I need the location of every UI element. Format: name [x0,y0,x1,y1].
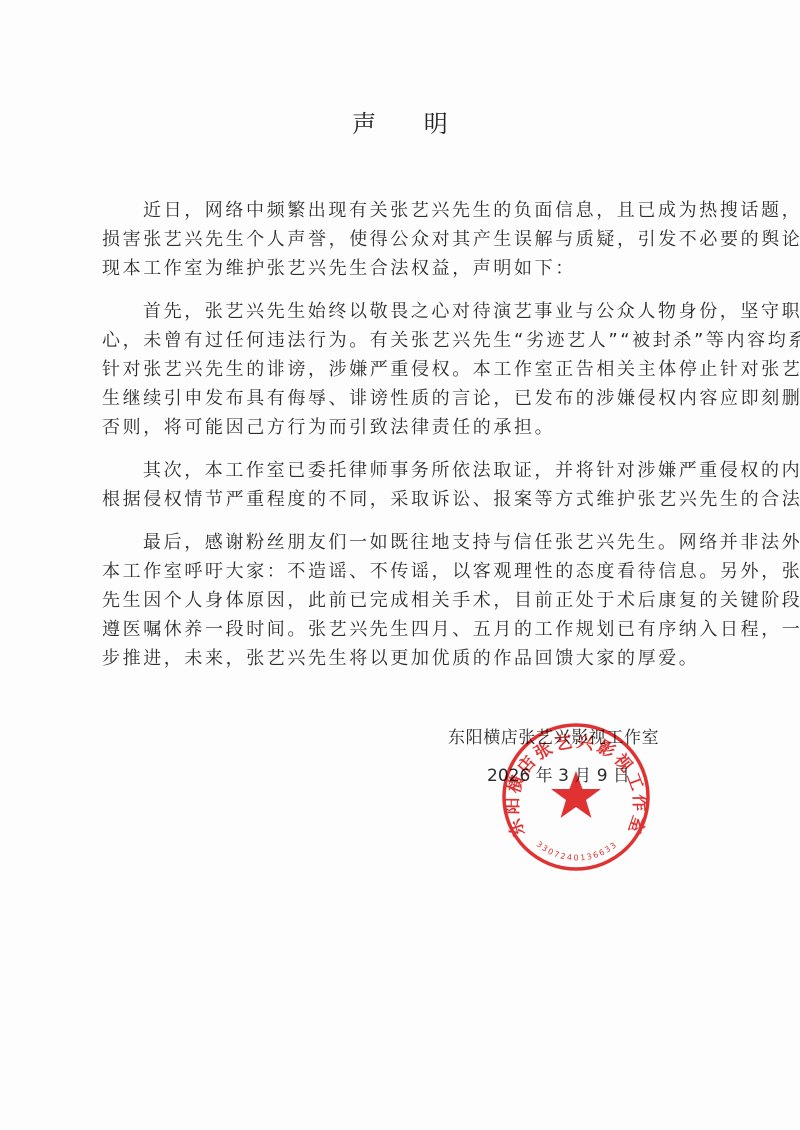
text-line: 遵医嘱休养一段时间。张艺兴先生四月、五月的工作规划已有序纳入日程，一切稳 [102,619,702,641]
text-line: 其次，本工作室已委托律师事务所依法取证，并将针对涉嫌严重侵权的内容， [143,460,743,482]
text-line: 首先，张艺兴先生始终以敬畏之心对待演艺事业与公众人物身份，坚守职业初 [143,301,743,323]
text-line: 否则，将可能因己方行为而引致法律责任的承担。 [102,417,702,439]
text-line: 损害张艺兴先生个人声誉，使得公众对其产生误解与质疑，引发不必要的舆论困扰。 [102,229,702,251]
text-line: 步推进，未来，张艺兴先生将以更加优质的作品回馈大家的厚爱。 [102,648,702,670]
document-title: 声 明 [0,104,800,139]
text-line: 现本工作室为维护张艺兴先生合法权益，声明如下： [102,258,702,280]
text-line: 本工作室呼吁大家：不造谣、不传谣，以客观理性的态度看待信息。另外，张艺兴 [102,561,702,583]
text-line: 心，未曾有过任何违法行为。有关张艺兴先生“劣迹艺人”“被封杀”等内容均系 [102,330,702,352]
text-line: 生继续引申发布具有侮辱、诽谤性质的言论，已发布的涉嫌侵权内容应即刻删撤， [102,388,702,410]
text-line: 针对张艺兴先生的诽谤，涉嫌严重侵权。本工作室正告相关主体停止针对张艺兴先 [102,359,702,381]
statement-page: 声 明 近日，网络中频繁出现有关张艺兴先生的负面信息，且已成为热搜话题，严重 损… [0,0,800,1130]
official-seal-stamp-icon: 东阳横店张艺兴影视工作室 3307240136633 [500,721,652,873]
text-line: 先生因个人身体原因，此前已完成相关手术，目前正处于术后康复的关键阶段，需 [102,590,702,612]
svg-text:3307240136633: 3307240136633 [535,840,620,863]
text-line: 近日，网络中频繁出现有关张艺兴先生的负面信息，且已成为热搜话题，严重 [143,200,743,222]
text-line: 最后，感谢粉丝朋友们一如既往地支持与信任张艺兴先生。网络并非法外之地， [143,532,743,554]
text-line: 根据侵权情节严重程度的不同，采取诉讼、报案等方式维护张艺兴先生的合法权益。 [102,489,702,511]
